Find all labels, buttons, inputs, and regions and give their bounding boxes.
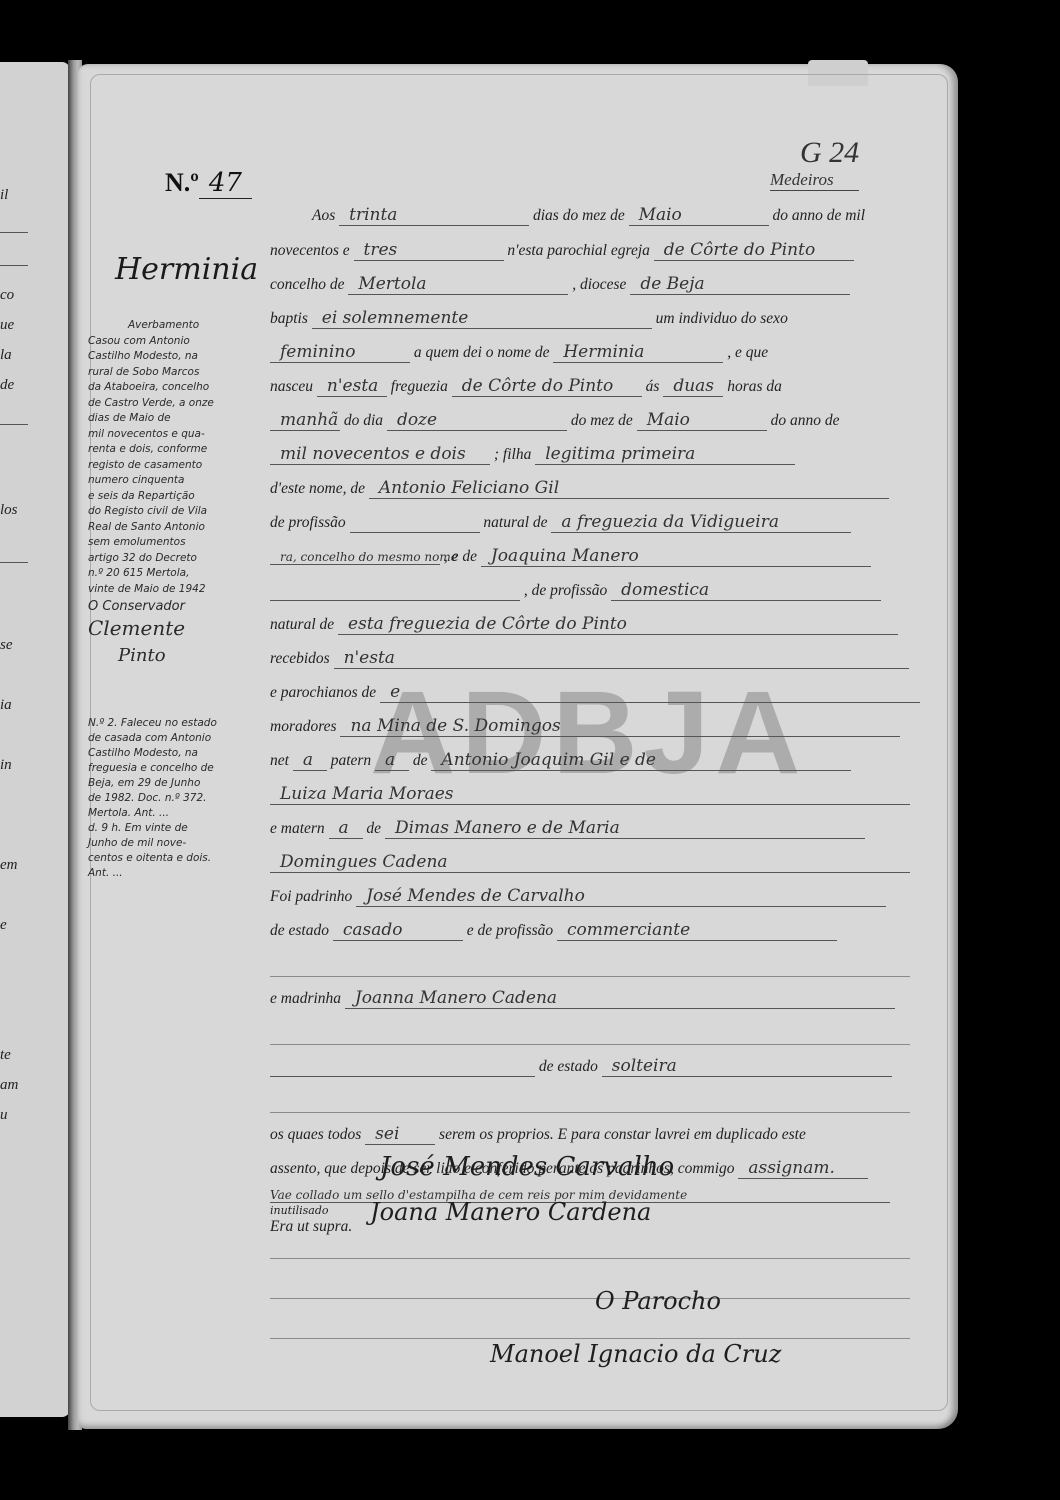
annotation-line: Ant. ...	[88, 866, 278, 881]
record-number-label: N.º	[165, 168, 199, 197]
line-paternal-grandparents: net a patern a de Antonio Joaquim Gil e …	[270, 750, 930, 780]
line-father-origin: de profissão natural de a freguezia da V…	[270, 512, 930, 542]
blank-rule	[270, 1298, 910, 1299]
annotation-line: Castilho Modesto, na	[88, 746, 278, 761]
annotation-signature-2: Pinto	[88, 648, 278, 664]
field-mother-job: domestica	[611, 580, 881, 601]
line-mother-job: , de profissão domestica	[270, 580, 930, 610]
label: a quem dei	[414, 344, 482, 361]
line-godmother-status: de estado solteira	[270, 1056, 930, 1086]
line-father: d'este nome, de Antonio Feliciano Gil	[270, 478, 930, 508]
field-godmother-status: solteira	[602, 1056, 892, 1077]
label: nasceu	[270, 378, 313, 395]
field-birth-period: manhã	[270, 410, 340, 431]
line-birthyear: mil novecentos e dois ; filha legitima p…	[270, 444, 930, 474]
annotation-line: do Registo civil de Vila	[88, 504, 278, 520]
page-fragment: ia	[0, 697, 12, 714]
line-recebidos: recebidos n'esta	[270, 648, 930, 678]
annotation-line: Mertola. Ant. ...	[88, 806, 278, 821]
line-godfather: Foi padrinho José Mendes de Carvalho	[270, 886, 930, 916]
record-number: N.º47	[165, 168, 252, 198]
label: dias do mez de	[533, 207, 625, 224]
priest-signature: Manoel Ignacio da Cruz	[490, 1340, 781, 1368]
field-maternal-grandmother: Domingues Cadena	[270, 852, 910, 873]
label: do anno de	[771, 412, 840, 429]
margin-name: Herminia	[115, 252, 258, 287]
label: e de profissão	[467, 922, 553, 939]
priest-title: O Parocho	[595, 1287, 721, 1315]
annotation-line: sem emolumentos	[88, 535, 278, 551]
blank-rule	[270, 976, 910, 977]
field-birth-month: Maio	[637, 410, 767, 431]
annotation-line: Beja, em 29 de Junho	[88, 776, 278, 791]
label: de	[366, 820, 381, 837]
line-baptism: baptis ei solemnemente um individuo do s…	[270, 308, 930, 338]
annotation-line: renta e dois, conforme	[88, 442, 278, 458]
annotation-line: de Castro Verde, a onze	[88, 396, 278, 412]
annotation-line: Castilho Modesto, na	[88, 349, 278, 365]
annotation-title: Averbamento	[88, 318, 278, 334]
page-fragment: am	[0, 1077, 18, 1094]
field-mother-origin: esta freguezia de Côrte do Pinto	[338, 614, 898, 635]
label: e parochianos de	[270, 684, 376, 701]
page-fragment: ue	[0, 317, 14, 334]
label: de	[413, 752, 428, 769]
field-recebidos: n'esta	[334, 648, 909, 669]
field-sex: feminino	[270, 342, 410, 363]
line-sex-name: feminino a quem dei o nome de Herminia ,…	[270, 342, 930, 372]
annotation-line: O Conservador	[88, 599, 278, 615]
label: Foi padrinho	[270, 888, 352, 905]
field-godfather-status: casado	[333, 920, 463, 941]
page-fragment: em	[0, 857, 18, 874]
page-fragment: u	[0, 1107, 8, 1124]
field-filiation: legitima primeira	[535, 444, 795, 465]
line-godmother: e madrinha Joanna Manero Cadena	[270, 988, 930, 1018]
annotation-line: Real de Santo Antonio	[88, 520, 278, 536]
label: horas da	[727, 378, 782, 395]
field-baptism-type: ei solemnemente	[312, 308, 652, 329]
godmother-signature: Joana Manero Cardena	[370, 1198, 651, 1226]
blank-rule	[270, 1044, 910, 1045]
annotation-line: de 1982. Doc. n.º 372.	[88, 791, 278, 806]
field-godfather: José Mendes de Carvalho	[356, 886, 886, 907]
blank-rule	[270, 1258, 910, 1259]
line-maternal-grandparents: e matern a de Dimas Manero e de Maria	[270, 818, 930, 848]
line-godfather-status: de estado casado e de profissão commerci…	[270, 920, 930, 950]
field-diocese: de Beja	[630, 274, 850, 295]
label: baptis	[270, 310, 308, 327]
page-fragment: la	[0, 347, 12, 364]
label: do mez de	[571, 412, 633, 429]
blank-rule	[270, 1338, 910, 1339]
label: ás	[646, 378, 660, 395]
label: n'esta parochial egreja	[507, 242, 650, 259]
field-matern: a	[329, 818, 363, 839]
annotation-line: N.º 2. Faleceu no estado	[88, 716, 278, 731]
field-patern: a	[375, 750, 409, 771]
field-paternal-grandfather: Antonio Joaquim Gil e de	[431, 750, 851, 771]
field-child-name: Herminia	[553, 342, 723, 363]
line-date: Aos trinta dias do mez de Maio do anno d…	[312, 205, 972, 235]
annotation-line: mil novecentos e qua-	[88, 427, 278, 443]
label: e matern	[270, 820, 325, 837]
label: do anno de mil	[772, 207, 865, 224]
annotation-line: n.º 20 615 Mertola,	[88, 566, 278, 582]
field-maternal-grandfather: Dimas Manero e de Maria	[385, 818, 865, 839]
label: moradores	[270, 718, 337, 735]
previous-page-edge: il co ue la de los se ia in em e te am u	[0, 62, 70, 1417]
annotation-line: centos e oitenta e dois.	[88, 851, 278, 866]
page-fragment: co	[0, 287, 14, 304]
field-year: tres	[354, 240, 504, 261]
field-birth-day: doze	[387, 410, 567, 431]
field-paternal-grandmother: Luiza Maria Moraes	[270, 784, 910, 805]
label: d'este nome, de	[270, 480, 365, 497]
label: natural de	[483, 514, 547, 531]
label: natural de	[270, 616, 334, 633]
page-fragment: il	[0, 187, 8, 204]
corner-mark: G 24	[800, 136, 859, 169]
label: e madrinha	[270, 990, 341, 1007]
field-birth-where: n'esta	[317, 376, 387, 397]
field-month: Maio	[629, 205, 769, 226]
line-birthplace: nasceu n'esta freguezia de Côrte do Pint…	[270, 376, 930, 406]
label: Aos	[312, 207, 335, 224]
field-residence: na Mina de S. Domingos	[340, 716, 900, 737]
label: net	[270, 752, 289, 769]
page-fragment: te	[0, 1047, 11, 1064]
field-father: Antonio Feliciano Gil	[369, 478, 889, 499]
label: de estado	[270, 922, 329, 939]
label: patern	[331, 752, 371, 769]
annotation-line: da Ataboeira, concelho	[88, 380, 278, 396]
label: , de profissão	[524, 582, 607, 599]
field-godmother: Joanna Manero Cadena	[345, 988, 895, 1009]
label: os quaes todos	[270, 1126, 361, 1143]
line-mother-origin: natural de esta freguezia de Côrte do Pi…	[270, 614, 930, 644]
label: , diocese	[572, 276, 626, 293]
label: serem os proprios. E para constar lavrei…	[439, 1126, 806, 1143]
line-closing-1: os quaes todos sei serem os proprios. E …	[270, 1124, 930, 1154]
label: de profissão	[270, 514, 346, 531]
annotation-line: freguesia e concelho de	[88, 761, 278, 776]
annotation-line: vinte de Maio de 1942	[88, 582, 278, 598]
stamp-note-cont: inutilisado	[270, 1204, 329, 1217]
field-birth-parish: de Côrte do Pinto	[452, 376, 642, 397]
line-moradores: moradores na Mina de S. Domingos	[270, 716, 930, 746]
closing-formula: Era ut supra.	[270, 1218, 352, 1235]
blank-field	[270, 1060, 535, 1077]
blank-rule	[270, 1112, 910, 1113]
annotation-line: artigo 32 do Decreto	[88, 551, 278, 567]
page-fragment: in	[0, 757, 12, 774]
field-father-origin-cont: ra, concelho do mesmo nome	[270, 550, 440, 565]
label: freguezia	[391, 378, 448, 395]
label: o nome de	[486, 344, 550, 361]
field-church: de Côrte do Pinto	[654, 240, 854, 261]
page-fragment: de	[0, 377, 14, 394]
annotation-line: Casou com Antonio	[88, 334, 278, 350]
annotation-line: de casada com Antonio	[88, 731, 278, 746]
label: concelho de	[270, 276, 344, 293]
label: ; filha	[494, 446, 531, 463]
line-year-church: novecentos e tres n'esta parochial egrej…	[270, 240, 930, 270]
line-concelho: concelho de Mertola , diocese de Beja	[270, 274, 930, 304]
line-parochianos: e parochianos de e	[270, 682, 930, 712]
field-sign: assignam.	[738, 1158, 868, 1179]
field-godfather-job: commerciante	[557, 920, 837, 941]
label: novecentos e	[270, 242, 350, 259]
field-day: trinta	[339, 205, 529, 226]
annotation-line: d. 9 h. Em vinte de	[88, 821, 278, 836]
line-maternal-grandmother: Domingues Cadena	[270, 852, 930, 882]
field-birth-year: mil novecentos e dois	[270, 444, 490, 465]
line-paternal-grandmother: Luiza Maria Moraes	[270, 784, 930, 814]
blank-field	[270, 584, 520, 601]
line-mother: ra, concelho do mesmo nome , e de Joaqui…	[270, 546, 930, 576]
label: de estado	[539, 1058, 598, 1075]
label: um individuo do sexo	[656, 310, 788, 327]
corner-note: G 24 Medeiros	[800, 136, 859, 191]
field-concelho: Mertola	[348, 274, 568, 295]
annotation-line: e seis da Repartição	[88, 489, 278, 505]
line-birthdate: manhã do dia doze do mez de Maio do anno…	[270, 410, 930, 440]
annotation-block: Averbamento Casou com Antonio Castilho M…	[88, 318, 278, 664]
field-identity: sei	[365, 1124, 435, 1145]
field-father-origin: a freguezia da Vidigueira	[551, 512, 851, 533]
field-birth-hour: duas	[663, 376, 723, 397]
annotation-line: rural de Sobo Marcos	[88, 365, 278, 381]
annotation-line: numero cinquenta	[88, 473, 278, 489]
field-net: a	[293, 750, 327, 771]
conservador-signature: Clemente	[88, 621, 278, 637]
blank-field	[350, 516, 480, 533]
field-parochianos: e	[380, 682, 920, 703]
label: recebidos	[270, 650, 330, 667]
annotation-line: Junho de mil nove-	[88, 836, 278, 851]
godfather-signature: José Mendes Carvalho	[380, 1152, 674, 1182]
death-annotation: N.º 2. Faleceu no estado de casada com A…	[88, 716, 278, 881]
page-fragment: se	[0, 637, 13, 654]
page-fragment: los	[0, 502, 18, 519]
corner-name: Medeiros	[770, 170, 859, 191]
record-number-value: 47	[199, 168, 252, 199]
annotation-line: registo de casamento	[88, 458, 278, 474]
page-fragment: e	[0, 917, 7, 934]
annotation-line: dias de Maio de	[88, 411, 278, 427]
label: , e de	[444, 548, 477, 565]
field-mother: Joaquina Manero	[481, 546, 871, 567]
label: do dia	[344, 412, 383, 429]
label: , e que	[727, 344, 768, 361]
